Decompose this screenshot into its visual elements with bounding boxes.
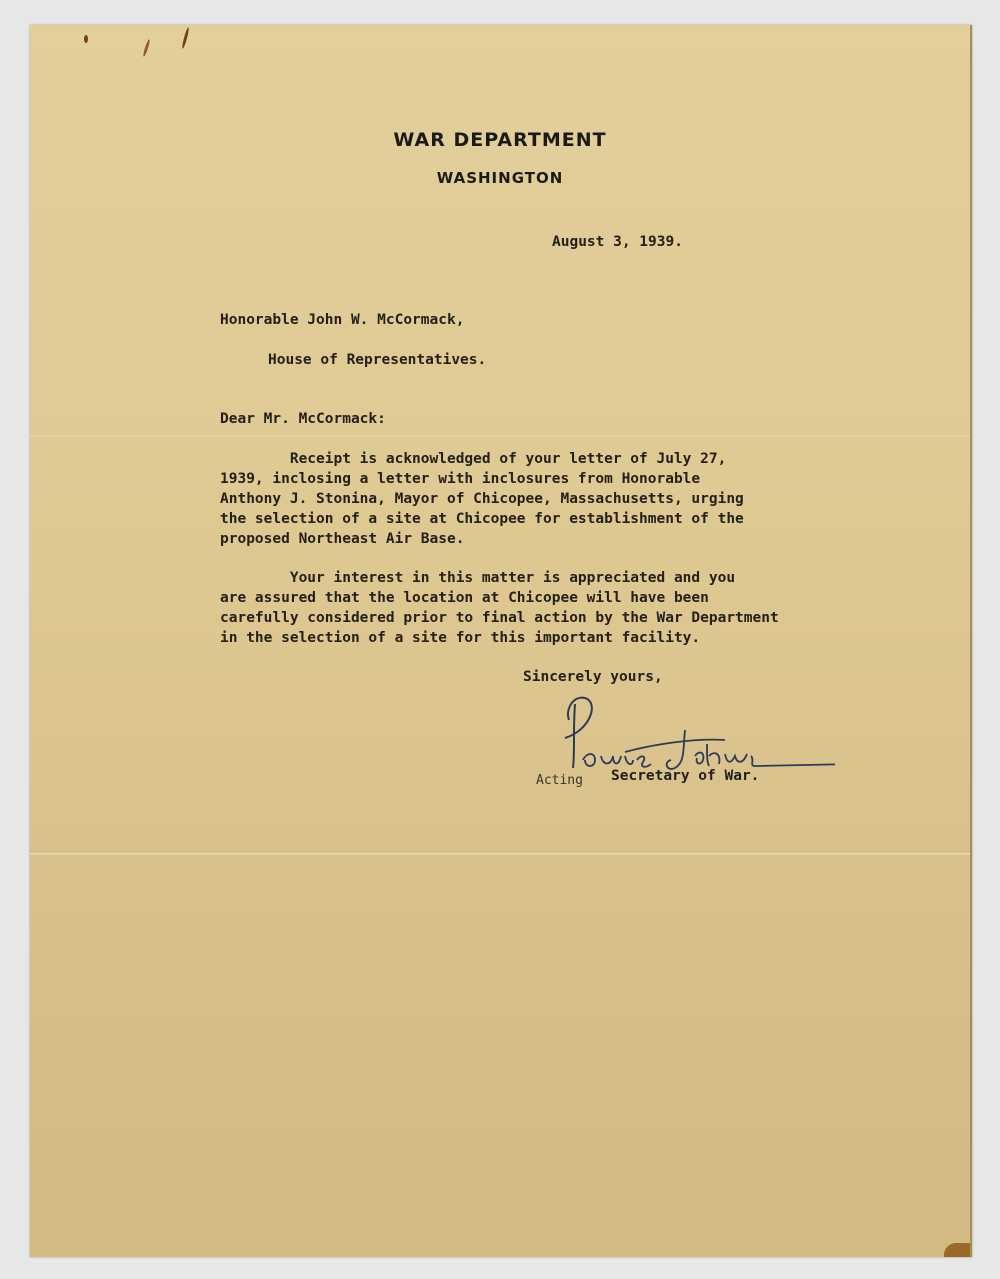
recipient-name: Honorable John W. McCormack, [220,311,464,331]
letterhead-title: WAR DEPARTMENT [30,129,970,151]
body-line: carefully considered prior to final acti… [220,609,779,629]
acting-label: Acting [536,771,583,791]
body-line: Receipt is acknowledged of your letter o… [220,450,726,470]
body-line: the selection of a site at Chicopee for … [220,510,744,530]
body-line: proposed Northeast Air Base. [220,530,464,550]
letter-date: August 3, 1939. [552,233,683,253]
paper-fold-line [30,853,970,856]
body-line: are assured that the location at Chicope… [220,589,709,609]
ink-stain [84,35,88,43]
salutation: Dear Mr. McCormack: [220,410,386,430]
paper-crease [30,435,970,437]
body-line: Your interest in this matter is apprecia… [220,569,735,589]
corner-stain [944,1243,970,1257]
body-line: Anthony J. Stonina, Mayor of Chicopee, M… [220,490,744,510]
ink-stain [142,39,150,57]
signatory-title: Secretary of War. [611,767,759,787]
body-line: in the selection of a site for this impo… [220,629,700,649]
closing: Sincerely yours, [523,668,663,688]
body-line: 1939, inclosing a letter with inclosures… [220,470,700,490]
letterhead-city: WASHINGTON [30,169,970,187]
recipient-office: House of Representatives. [268,351,486,371]
ink-stain [181,27,190,49]
letter-page: WAR DEPARTMENT WASHINGTON August 3, 1939… [30,25,972,1257]
